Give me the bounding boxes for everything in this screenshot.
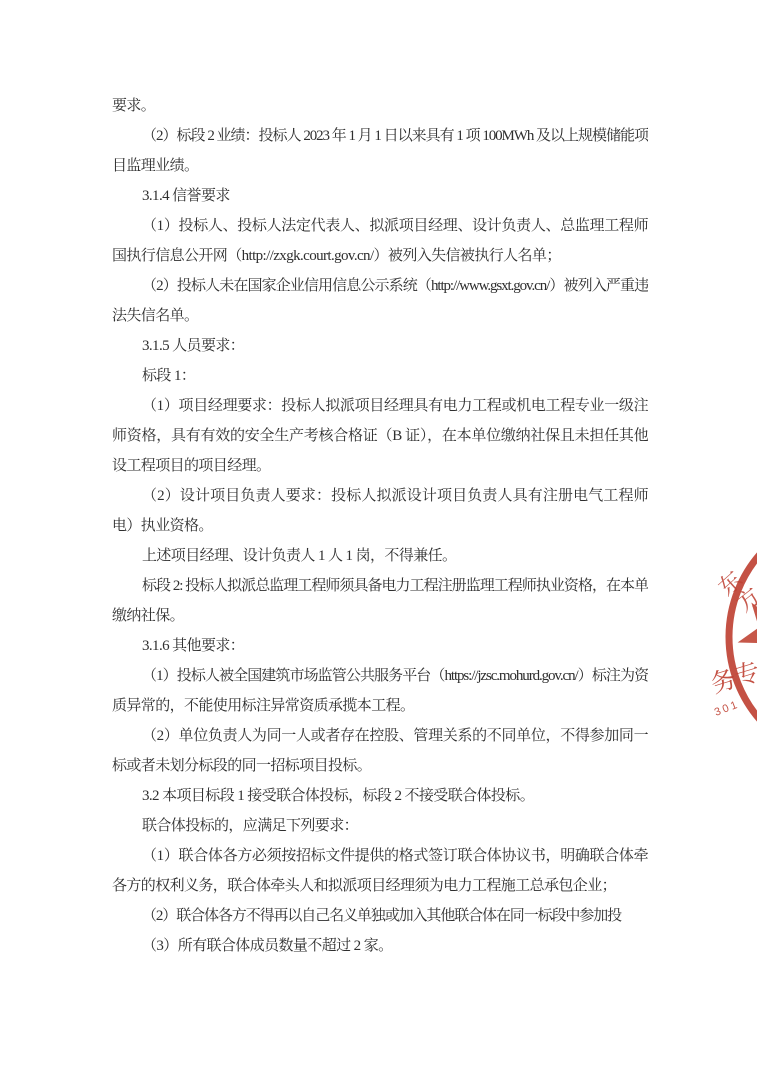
text-line: （2）投标人未在国家企业信用信息公示系统（http://www.gsxt.gov… <box>112 271 648 301</box>
text-line: 法失信名单。 <box>112 301 648 331</box>
text-line: 电）执业资格。 <box>112 511 648 541</box>
text-line: 标段 2: 投标人拟派总监理工程师须具备电力工程注册监理工程师执业资格，在本单位 <box>112 571 648 601</box>
text-line: 联合体投标的，应满足下列要求： <box>112 811 648 841</box>
text-line: （1）投标人被全国建筑市场监管公共服务平台（https://jzsc.mohur… <box>112 661 648 691</box>
section-heading: 3.2 本项目标段 1 接受联合体投标，标段 2 不接受联合体投标。 <box>112 781 648 811</box>
text-line: 缴纳社保。 <box>112 601 648 631</box>
text-line: 目监理业绩。 <box>112 151 648 181</box>
text-line: （1）联合体各方必须按招标文件提供的格式签订联合体协议书，明确联合体牵头人和 <box>112 841 648 871</box>
text-line: （1）投标人、投标人法定代表人、拟派项目经理、设计负责人、总监理工程师未在中 <box>112 211 648 241</box>
text-line: （2）联合体各方不得再以自己名义单独或加入其他联合体在同一标段中参加投标； <box>112 901 648 931</box>
text-line: （2）设计项目负责人要求：投标人拟派设计项目负责人具有注册电气工程师（发输变 <box>112 481 648 511</box>
text-line: 设工程项目的项目经理。 <box>112 451 648 481</box>
section-heading: 3.1.6 其他要求： <box>112 631 648 661</box>
text-line: 要求。 <box>112 91 648 121</box>
section-heading: 3.1.4 信誉要求 <box>112 181 648 211</box>
text-line: （3）所有联合体成员数量不超过 2 家。 <box>112 931 648 961</box>
seal-serial-text: 301 <box>713 698 741 718</box>
document-page: 要求。 （2）标段 2 业绩：投标人 2023 年 1 月 1 日以来具有 1 … <box>0 0 757 1076</box>
document-text-block: 要求。 （2）标段 2 业绩：投标人 2023 年 1 月 1 日以来具有 1 … <box>112 91 648 961</box>
section-heading: 3.1.5 人员要求： <box>112 331 648 361</box>
text-line: 标段 1： <box>112 361 648 391</box>
text-line: （2）单位负责人为同一人或者存在控股、管理关系的不同单位，不得参加同一标段投 <box>112 721 648 751</box>
text-line: 师资格，具有有效的安全生产考核合格证（B 证），在本单位缴纳社保且未担任其他在施… <box>112 421 648 451</box>
text-line: （1）项目经理要求：投标人拟派项目经理具有电力工程或机电工程专业一级注册建造 <box>112 391 648 421</box>
text-line: 质异常的，不能使用标注异常资质承揽本工程。 <box>112 691 648 721</box>
text-line: 标或者未划分标段的同一招标项目投标。 <box>112 751 648 781</box>
official-seal-icon: 东 方 务专 301 <box>700 535 757 745</box>
text-line: （2）标段 2 业绩：投标人 2023 年 1 月 1 日以来具有 1 项 10… <box>112 121 648 151</box>
text-line: 国执行信息公开网（http://zxgk.court.gov.cn/）被列入失信… <box>112 241 648 271</box>
text-line: 上述项目经理、设计负责人 1 人 1 岗，不得兼任。 <box>112 541 648 571</box>
text-line: 各方的权利义务，联合体牵头人和拟派项目经理须为电力工程施工总承包企业； <box>112 871 648 901</box>
